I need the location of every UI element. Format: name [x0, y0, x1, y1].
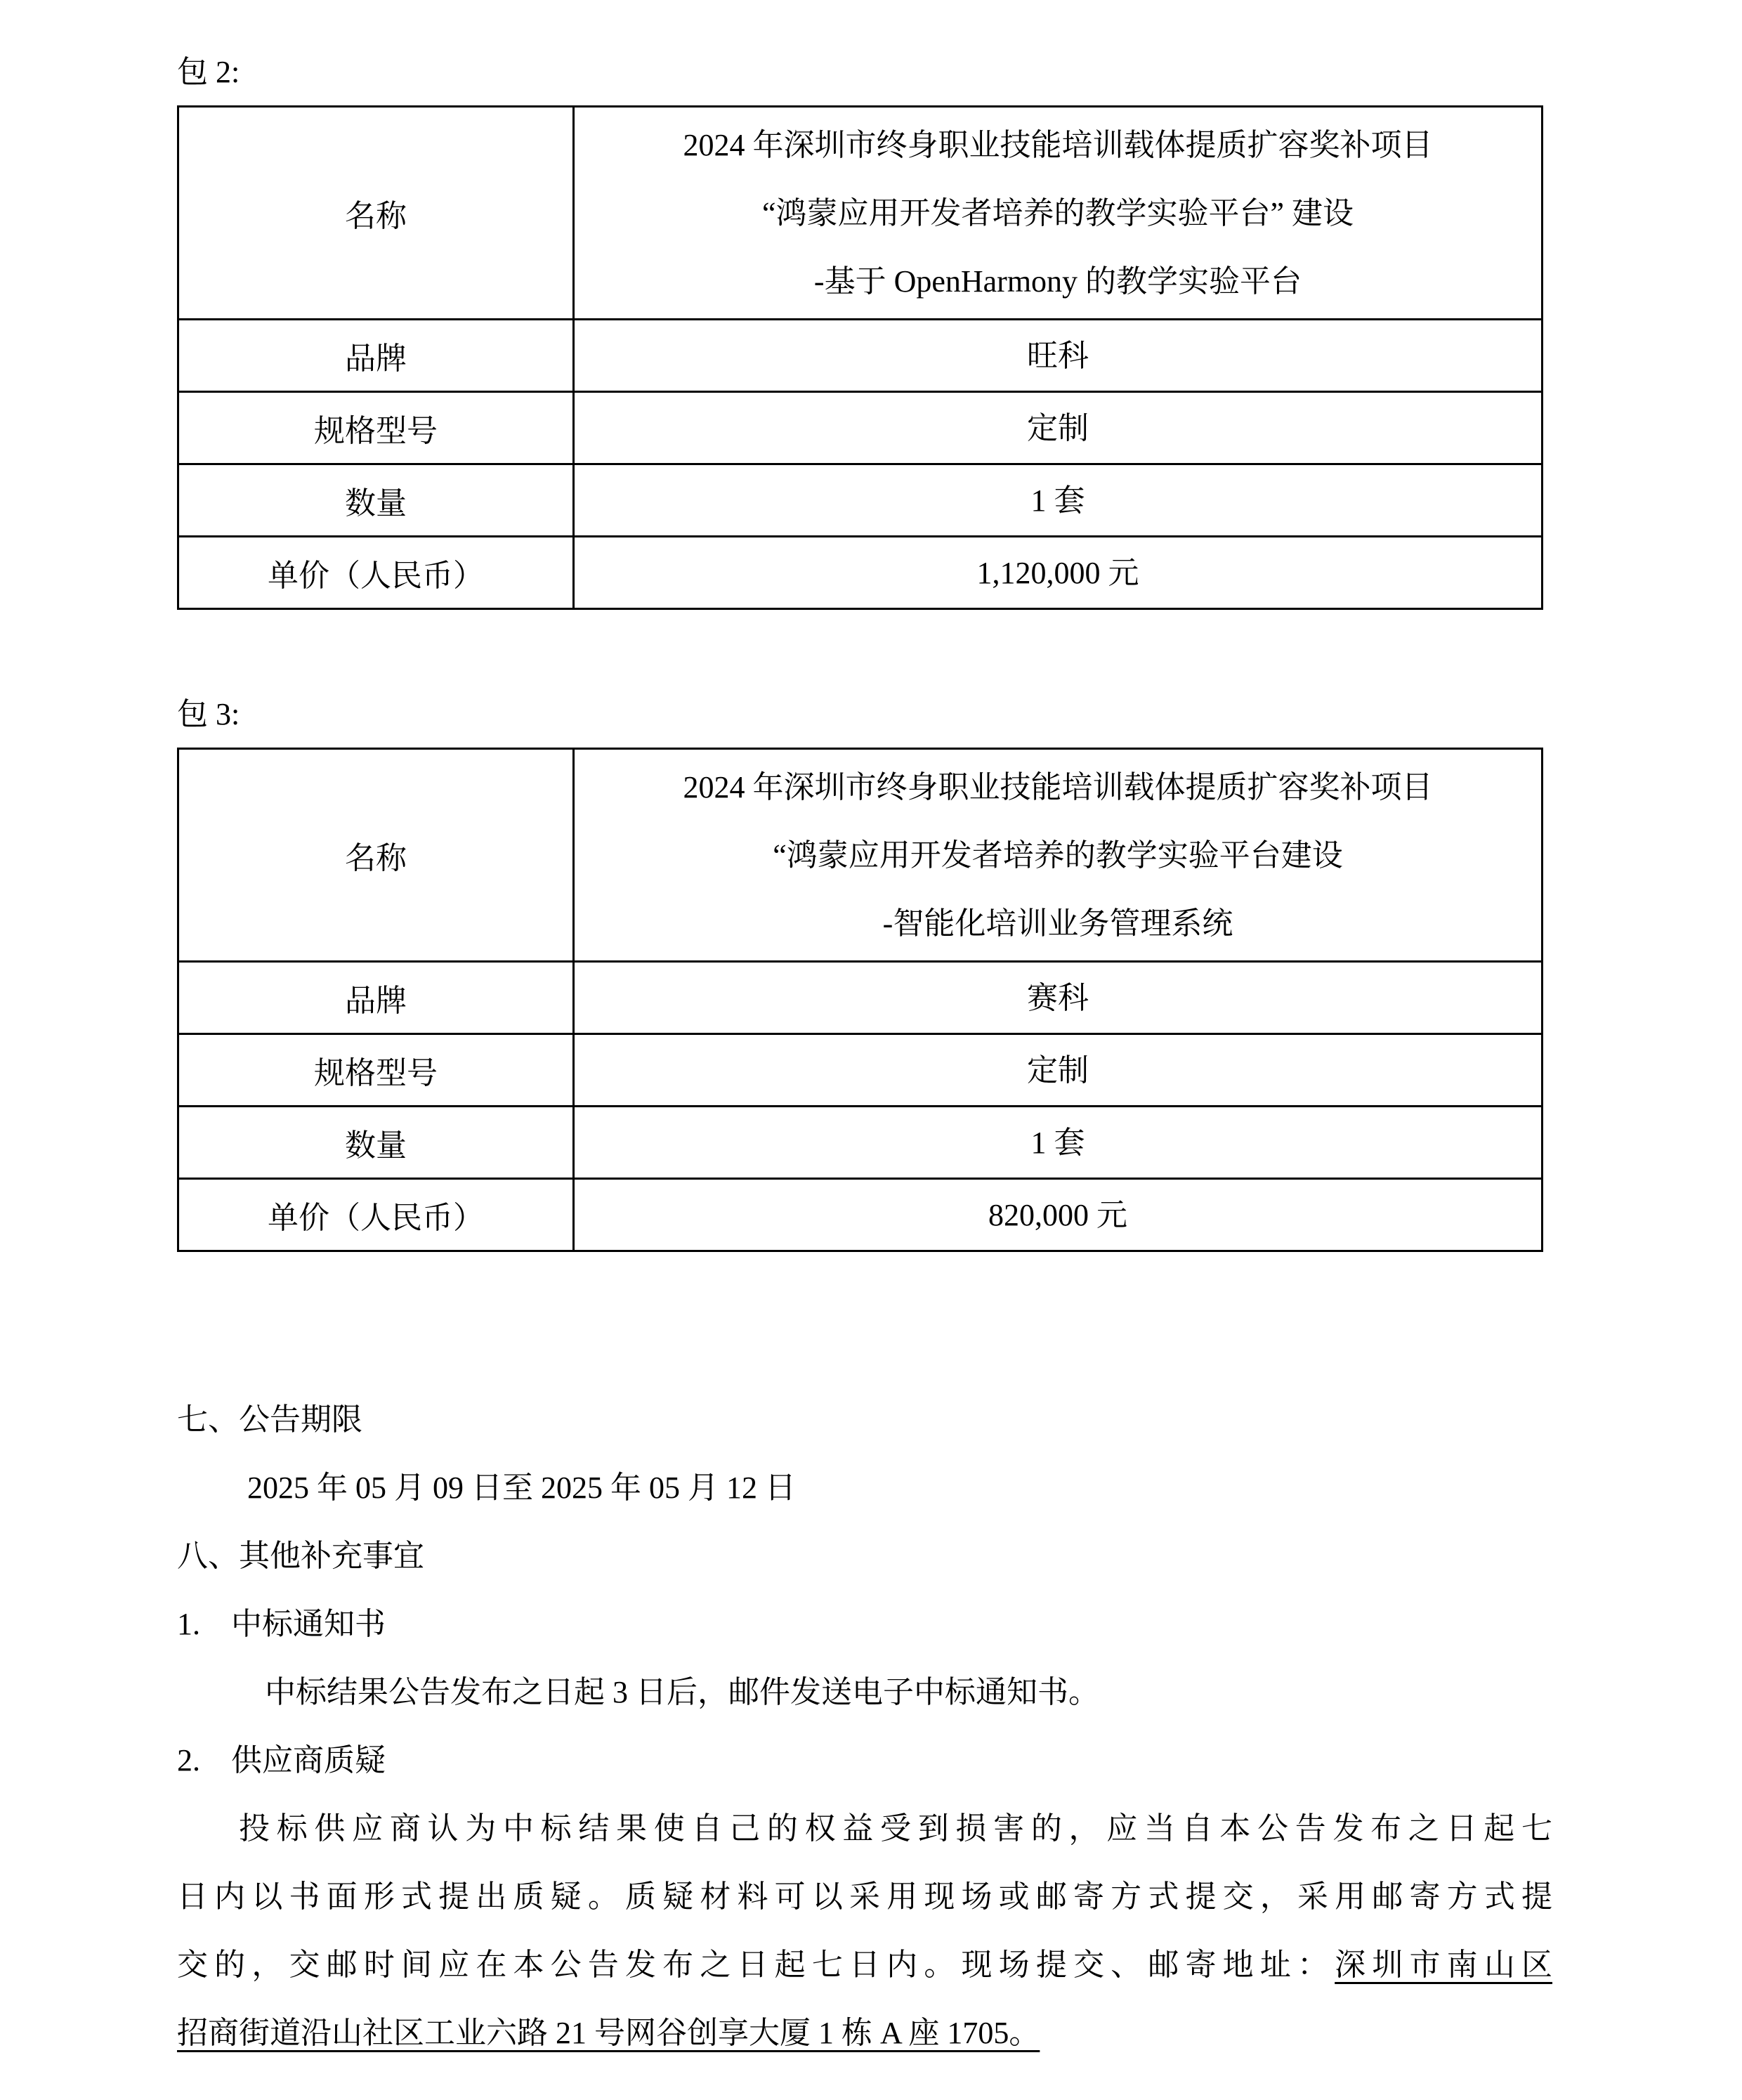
- value-line: “鸿蒙应用开发者培养的教学实验平台” 建设: [575, 179, 1541, 247]
- table-row: 规格型号定制: [178, 392, 1543, 464]
- row-label-cell: 名称: [178, 749, 574, 962]
- row-label-cell: 规格型号: [178, 1034, 574, 1107]
- text-segment: 交的，交邮时间应在本公告发布之日起七日内。现场提交、邮寄地址：: [177, 1948, 1335, 1982]
- item1-text: 中标结果公告发布之日起 3 日后，邮件发送电子中标通知书。: [177, 1658, 1552, 1726]
- table-row: 单价（人民币）1,120,000 元: [178, 537, 1543, 609]
- value-line: -智能化培训业务管理系统: [575, 889, 1541, 958]
- text-segment: 投标供应商认为中标结果使自己的权益受到损害的，应当自本公告发布之日起七: [239, 1811, 1552, 1846]
- value-line: 2024 年深圳市终身职业技能培训载体提质扩容奖补项目: [575, 753, 1541, 821]
- package2-label: 包 2:: [177, 39, 1552, 105]
- text-segment: 日内以书面形式提出质疑。质疑材料可以采用现场或邮寄方式提交，采用邮寄方式提: [177, 1879, 1552, 1914]
- section8-heading: 八、其他补充事宜: [177, 1522, 1552, 1590]
- row-label-cell: 品牌: [178, 320, 574, 392]
- package2-table: 名称2024 年深圳市终身职业技能培训载体提质扩容奖补项目“鸿蒙应用开发者培养的…: [177, 105, 1543, 610]
- item2-text-line4: 招商街道沿山社区工业六路 21 号网谷创享大厦 1 栋 A 座 1705。: [177, 1999, 1552, 2067]
- item2-text-line1: 投标供应商认为中标结果使自己的权益受到损害的，应当自本公告发布之日起七: [177, 1794, 1552, 1863]
- row-label-cell: 数量: [178, 464, 574, 537]
- row-value-cell: 1,120,000 元: [574, 537, 1543, 609]
- row-value-cell: 旺科: [574, 320, 1543, 392]
- row-value-cell: 赛科: [574, 962, 1543, 1034]
- value-line: 赛科: [575, 964, 1541, 1032]
- underlined-address: 招商街道沿山社区工业六路 21 号网谷创享大厦 1 栋 A 座 1705。: [177, 2016, 1040, 2050]
- section7-heading: 七、公告期限: [177, 1385, 1552, 1454]
- package3-label: 包 3:: [177, 681, 1552, 748]
- package3-table: 名称2024 年深圳市终身职业技能培训载体提质扩容奖补项目“鸿蒙应用开发者培养的…: [177, 748, 1543, 1252]
- row-label-cell: 数量: [178, 1107, 574, 1179]
- text-segment: 中标结果公告发布之日起 3 日后，邮件发送电子中标通知书。: [265, 1675, 1099, 1709]
- item1-heading: 1. 中标通知书: [177, 1590, 1552, 1658]
- row-label-cell: 单价（人民币）: [178, 537, 574, 609]
- value-line: 定制: [575, 1036, 1541, 1104]
- value-line: 1 套: [575, 467, 1541, 535]
- row-value-cell: 定制: [574, 392, 1543, 464]
- value-line: 820,000 元: [575, 1181, 1541, 1249]
- row-label-cell: 名称: [178, 107, 574, 320]
- text-segment: 1. 中标通知书: [177, 1607, 386, 1641]
- value-line: 旺科: [575, 322, 1541, 390]
- table-row: 数量1 套: [178, 464, 1543, 537]
- value-line: “鸿蒙应用开发者培养的教学实验平台建设: [575, 821, 1541, 889]
- text-segment: 七、公告期限: [177, 1402, 362, 1437]
- item2-text-line2: 日内以书面形式提出质疑。质疑材料可以采用现场或邮寄方式提交，采用邮寄方式提: [177, 1863, 1552, 1931]
- value-line: 2024 年深圳市终身职业技能培训载体提质扩容奖补项目: [575, 111, 1541, 179]
- row-label-cell: 品牌: [178, 962, 574, 1034]
- value-line: 定制: [575, 394, 1541, 462]
- text-segment: 八、其他补充事宜: [177, 1539, 424, 1573]
- document-page: 包 2: 名称2024 年深圳市终身职业技能培训载体提质扩容奖补项目“鸿蒙应用开…: [0, 0, 1742, 2100]
- item2-text-line3: 交的，交邮时间应在本公告发布之日起七日内。现场提交、邮寄地址：深圳市南山区: [177, 1931, 1552, 1999]
- table-row: 品牌旺科: [178, 320, 1543, 392]
- text-segment: 2. 供应商质疑: [177, 1743, 386, 1778]
- table-row: 规格型号定制: [178, 1034, 1543, 1107]
- table-row: 名称2024 年深圳市终身职业技能培训载体提质扩容奖补项目“鸿蒙应用开发者培养的…: [178, 107, 1543, 320]
- row-value-cell: 1 套: [574, 464, 1543, 537]
- underlined-address: 深圳市南山区: [1335, 1948, 1552, 1982]
- value-line: 1,120,000 元: [575, 539, 1541, 607]
- table-row: 品牌赛科: [178, 962, 1543, 1034]
- row-label-cell: 单价（人民币）: [178, 1179, 574, 1251]
- row-value-cell: 820,000 元: [574, 1179, 1543, 1251]
- announcement-body: 七、公告期限2025 年 05 月 09 日至 2025 年 05 月 12 日…: [177, 1385, 1552, 2067]
- row-value-cell: 1 套: [574, 1107, 1543, 1179]
- value-line: -基于 OpenHarmony 的教学实验平台: [575, 247, 1541, 315]
- table-row: 单价（人民币）820,000 元: [178, 1179, 1543, 1251]
- row-value-cell: 2024 年深圳市终身职业技能培训载体提质扩容奖补项目“鸿蒙应用开发者培养的教学…: [574, 749, 1543, 962]
- row-value-cell: 2024 年深圳市终身职业技能培训载体提质扩容奖补项目“鸿蒙应用开发者培养的教学…: [574, 107, 1543, 320]
- document-content: 包 2: 名称2024 年深圳市终身职业技能培训载体提质扩容奖补项目“鸿蒙应用开…: [177, 0, 1552, 2067]
- row-value-cell: 定制: [574, 1034, 1543, 1107]
- announcement-period: 2025 年 05 月 09 日至 2025 年 05 月 12 日: [177, 1454, 1552, 1522]
- table-row: 数量1 套: [178, 1107, 1543, 1179]
- text-segment: 2025 年 05 月 09 日至 2025 年 05 月 12 日: [247, 1470, 796, 1505]
- value-line: 1 套: [575, 1109, 1541, 1177]
- row-label-cell: 规格型号: [178, 392, 574, 464]
- item2-heading: 2. 供应商质疑: [177, 1726, 1552, 1794]
- table-row: 名称2024 年深圳市终身职业技能培训载体提质扩容奖补项目“鸿蒙应用开发者培养的…: [178, 749, 1543, 962]
